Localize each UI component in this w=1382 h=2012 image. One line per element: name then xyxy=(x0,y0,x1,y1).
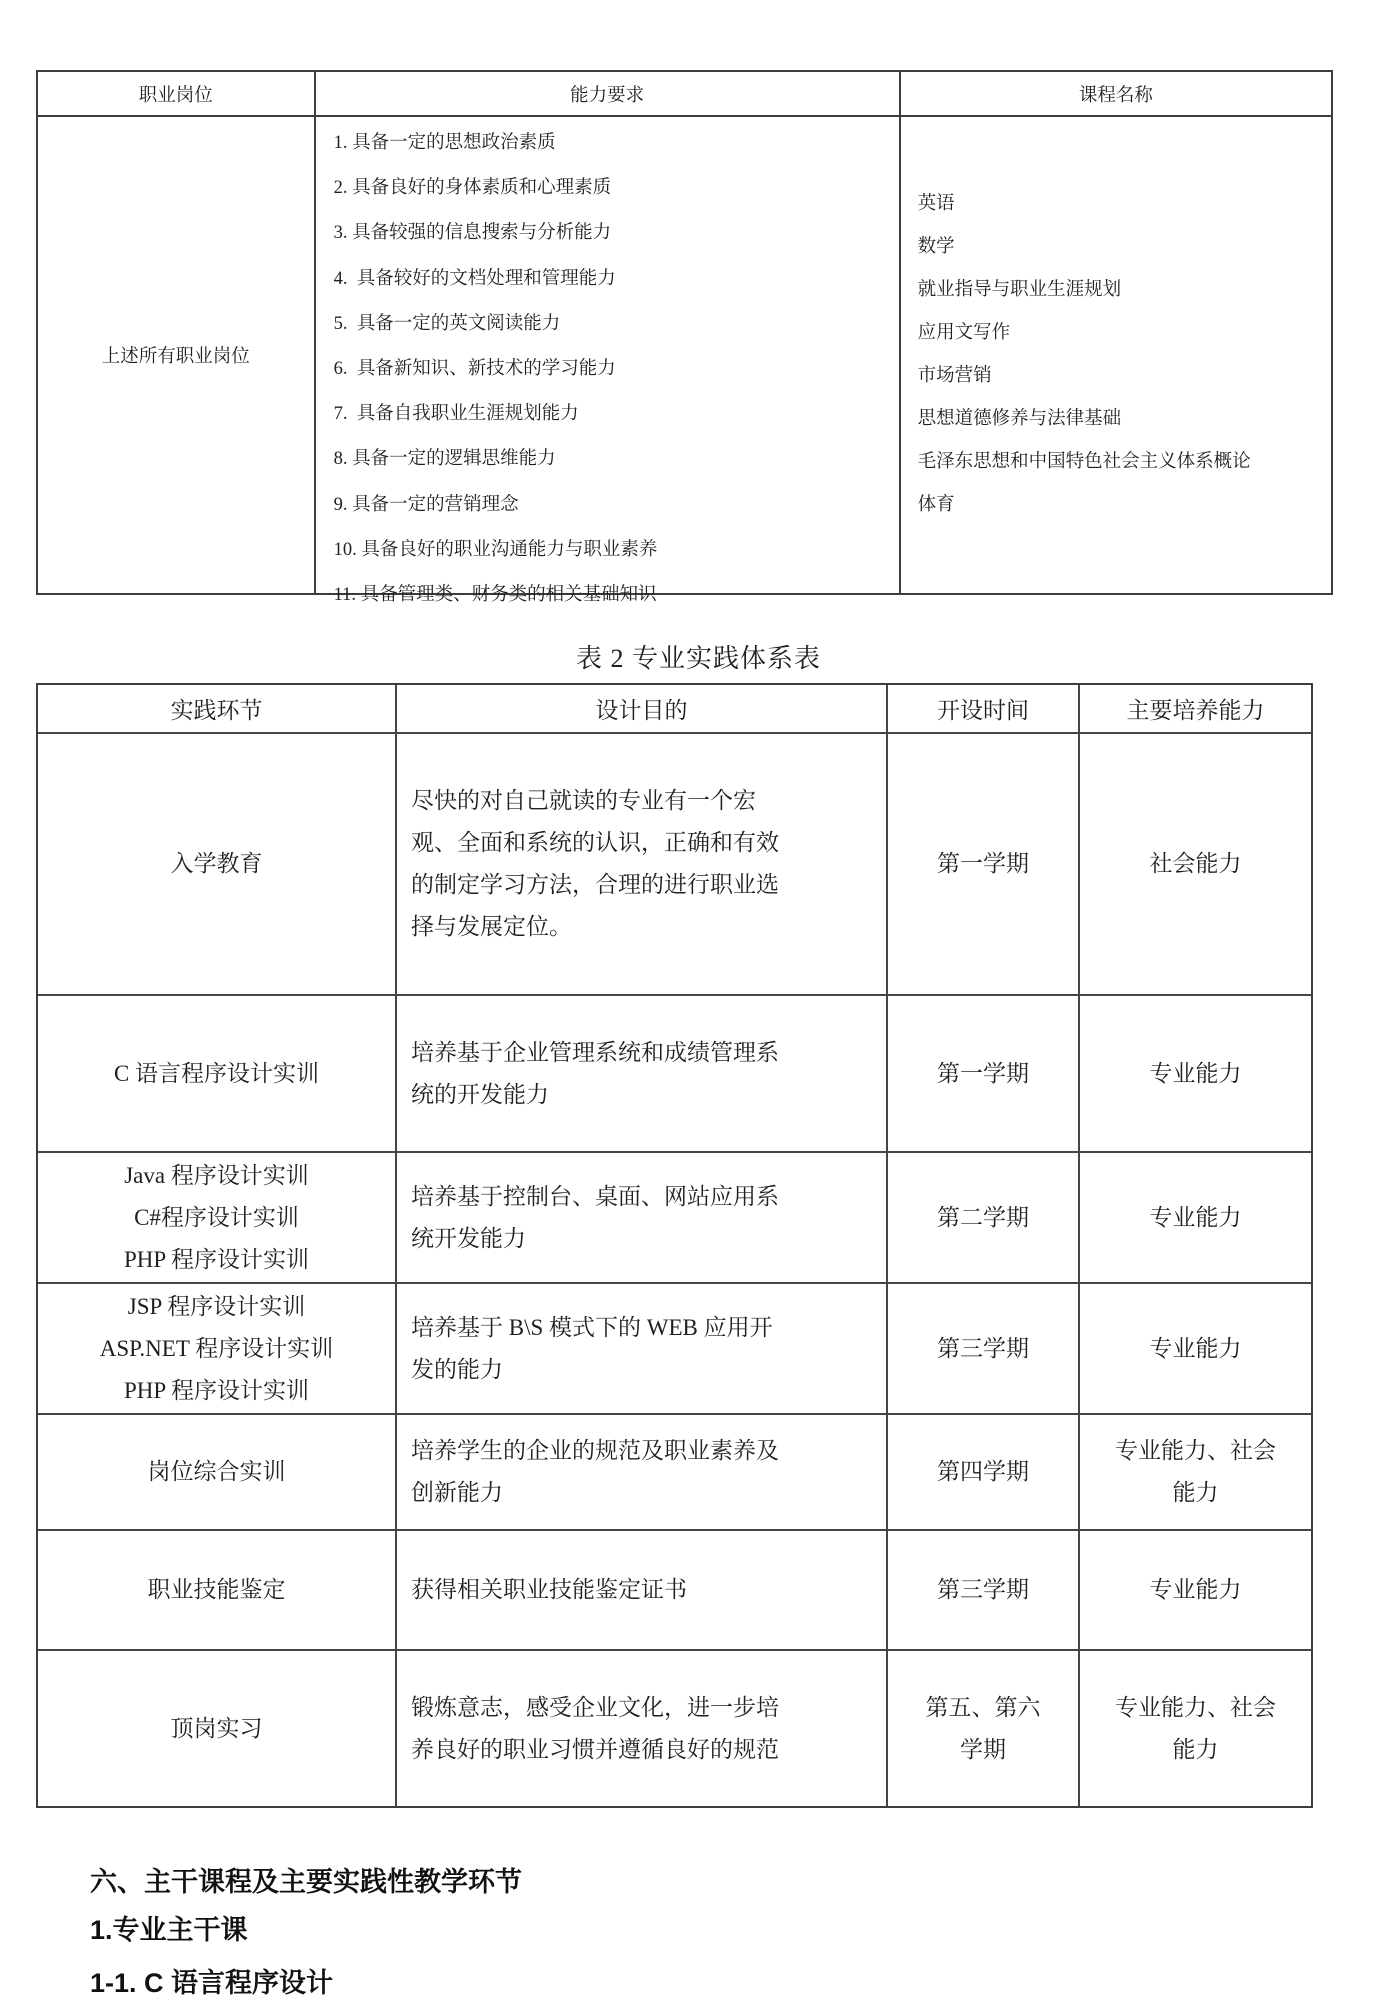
practice-step-cell: 顶岗实习 xyxy=(38,1651,395,1806)
ability-item: 2. 具备良好的身体素质和心理素质 xyxy=(334,176,893,200)
section-heading-major-courses: 1.专业主干课 xyxy=(90,1908,248,1947)
course-item: 市场营销 xyxy=(918,355,1331,398)
main-ability-line: 专业能力 xyxy=(1150,1569,1242,1611)
practice-step-cell: Java 程序设计实训 C#程序设计实训 PHP 程序设计实训 xyxy=(38,1153,395,1282)
practice-step-line: ASP.NET 程序设计实训 xyxy=(100,1328,333,1370)
practice-step-line: 入学教育 xyxy=(171,843,263,885)
open-time-cell: 第三学期 xyxy=(886,1531,1078,1649)
course-item: 应用文写作 xyxy=(918,312,1331,355)
main-ability-line: 社会能力 xyxy=(1150,843,1242,885)
table1-header-job-position: 职业岗位 xyxy=(38,72,314,115)
course-item: 思想道德修养与法律基础 xyxy=(918,398,1331,441)
open-time-line: 第三学期 xyxy=(937,1328,1029,1370)
table1-header-course-name: 课程名称 xyxy=(899,72,1331,115)
main-ability-line: 专业能力 xyxy=(1150,1328,1242,1370)
practice-step-cell: 职业技能鉴定 xyxy=(38,1531,395,1649)
course-item: 就业指导与职业生涯规划 xyxy=(918,269,1331,312)
open-time-cell: 第五、第六 学期 xyxy=(886,1651,1078,1806)
job-position-cell: 上述所有职业岗位 xyxy=(38,117,314,593)
open-time-line: 第四学期 xyxy=(937,1451,1029,1493)
main-ability-line: 专业能力 xyxy=(1150,1197,1242,1239)
ability-item: 5. 具备一定的英文阅读能力 xyxy=(334,312,893,336)
open-time-cell: 第一学期 xyxy=(886,996,1078,1151)
course-item: 英语 xyxy=(918,183,1331,226)
table2-header-open-time: 开设时间 xyxy=(886,685,1078,732)
table-row: 入学教育 尽快的对自己就读的专业有一个宏观、全面和系统的认识，正确和有效的制定学… xyxy=(38,732,1311,994)
open-time-line: 第三学期 xyxy=(937,1569,1029,1611)
design-purpose-text: 培养基于控制台、桌面、网站应用系统开发能力 xyxy=(411,1176,791,1260)
open-time-line: 学期 xyxy=(926,1729,1041,1771)
table-row: 顶岗实习 锻炼意志，感受企业文化，进一步培养良好的职业习惯并遵循良好的规范 第五… xyxy=(38,1649,1311,1806)
design-purpose-cell: 获得相关职业技能鉴定证书 xyxy=(395,1531,886,1649)
main-ability-cell: 社会能力 xyxy=(1078,734,1311,994)
design-purpose-cell: 培养学生的企业的规范及职业素养及创新能力 xyxy=(395,1415,886,1529)
main-ability-cell: 专业能力 xyxy=(1078,1153,1311,1282)
practice-step-line: 岗位综合实训 xyxy=(148,1451,286,1493)
table1-job-ability-course: 职业岗位 能力要求 课程名称 上述所有职业岗位 1. 具备一定的思想政治素质 2… xyxy=(36,70,1333,595)
open-time-cell: 第三学期 xyxy=(886,1284,1078,1413)
design-purpose-cell: 培养基于企业管理系统和成绩管理系统的开发能力 xyxy=(395,996,886,1151)
table2-title: 表 2 专业实践体系表 xyxy=(60,638,1337,675)
course-list: 英语 数学 就业指导与职业生涯规划 应用文写作 市场营销 思想道德修养与法律基础… xyxy=(901,117,1331,593)
practice-step-cell: C 语言程序设计实训 xyxy=(38,996,395,1151)
open-time-line: 第二学期 xyxy=(937,1197,1029,1239)
practice-step-cell: 入学教育 xyxy=(38,734,395,994)
table2-header-practice-step: 实践环节 xyxy=(38,685,395,732)
ability-item: 4. 具备较好的文档处理和管理能力 xyxy=(334,267,893,291)
design-purpose-text: 培养基于 B\S 模式下的 WEB 应用开发的能力 xyxy=(411,1307,791,1391)
design-purpose-cell: 尽快的对自己就读的专业有一个宏观、全面和系统的认识，正确和有效的制定学习方法，合… xyxy=(395,734,886,994)
design-purpose-text: 尽快的对自己就读的专业有一个宏观、全面和系统的认识，正确和有效的制定学习方法，合… xyxy=(411,780,791,948)
table1-header-ability-requirement: 能力要求 xyxy=(314,72,899,115)
main-ability-line: 能力 xyxy=(1115,1472,1276,1514)
design-purpose-text: 锻炼意志，感受企业文化，进一步培养良好的职业习惯并遵循良好的规范 xyxy=(411,1687,791,1771)
table2-header-row: 实践环节 设计目的 开设时间 主要培养能力 xyxy=(38,685,1311,732)
section-heading-main-courses: 六、主干课程及主要实践性教学环节 xyxy=(90,1860,522,1899)
table2-practice-system: 实践环节 设计目的 开设时间 主要培养能力 入学教育 尽快的对自己就读的专业有一… xyxy=(36,683,1313,1808)
ability-item: 7. 具备自我职业生涯规划能力 xyxy=(334,402,893,426)
open-time-line: 第一学期 xyxy=(937,1053,1029,1095)
table2-header-design-purpose: 设计目的 xyxy=(395,685,886,732)
main-ability-cell: 专业能力 xyxy=(1078,996,1311,1151)
design-purpose-text: 获得相关职业技能鉴定证书 xyxy=(411,1569,791,1611)
practice-step-line: C 语言程序设计实训 xyxy=(114,1053,319,1095)
main-ability-cell: 专业能力、社会 能力 xyxy=(1078,1651,1311,1806)
design-purpose-cell: 培养基于 B\S 模式下的 WEB 应用开发的能力 xyxy=(395,1284,886,1413)
practice-step-line: JSP 程序设计实训 xyxy=(100,1286,333,1328)
table-row: JSP 程序设计实训 ASP.NET 程序设计实训 PHP 程序设计实训 培养基… xyxy=(38,1282,1311,1413)
ability-item: 9. 具备一定的营销理念 xyxy=(334,493,893,517)
ability-item: 8. 具备一定的逻辑思维能力 xyxy=(334,447,893,471)
open-time-cell: 第一学期 xyxy=(886,734,1078,994)
practice-step-cell: 岗位综合实训 xyxy=(38,1415,395,1529)
design-purpose-cell: 培养基于控制台、桌面、网站应用系统开发能力 xyxy=(395,1153,886,1282)
table-row: 岗位综合实训 培养学生的企业的规范及职业素养及创新能力 第四学期 专业能力、社会… xyxy=(38,1413,1311,1529)
practice-step-line: PHP 程序设计实训 xyxy=(124,1239,309,1281)
main-ability-cell: 专业能力 xyxy=(1078,1284,1311,1413)
main-ability-line: 专业能力、社会 xyxy=(1115,1687,1276,1729)
main-ability-line: 专业能力 xyxy=(1150,1053,1242,1095)
course-item: 毛泽东思想和中国特色社会主义体系概论 xyxy=(918,441,1331,484)
main-ability-cell: 专业能力、社会 能力 xyxy=(1078,1415,1311,1529)
design-purpose-text: 培养基于企业管理系统和成绩管理系统的开发能力 xyxy=(411,1032,791,1116)
design-purpose-text: 培养学生的企业的规范及职业素养及创新能力 xyxy=(411,1430,791,1514)
section-heading-c-language: 1-1. C 语言程序设计 xyxy=(90,1961,333,2000)
ability-item: 10. 具备良好的职业沟通能力与职业素养 xyxy=(334,538,893,562)
practice-step-line: 职业技能鉴定 xyxy=(148,1569,286,1611)
practice-step-line: PHP 程序设计实训 xyxy=(100,1370,333,1412)
table-row: Java 程序设计实训 C#程序设计实训 PHP 程序设计实训 培养基于控制台、… xyxy=(38,1151,1311,1282)
open-time-line: 第五、第六 xyxy=(926,1687,1041,1729)
main-ability-line: 能力 xyxy=(1115,1729,1276,1771)
ability-list-cell: 1. 具备一定的思想政治素质 2. 具备良好的身体素质和心理素质 3. 具备较强… xyxy=(314,117,899,593)
course-item: 数学 xyxy=(918,226,1331,269)
practice-step-cell: JSP 程序设计实训 ASP.NET 程序设计实训 PHP 程序设计实训 xyxy=(38,1284,395,1413)
main-ability-line: 专业能力、社会 xyxy=(1115,1430,1276,1472)
ability-item: 1. 具备一定的思想政治素质 xyxy=(334,131,893,155)
main-ability-cell: 专业能力 xyxy=(1078,1531,1311,1649)
ability-list: 1. 具备一定的思想政治素质 2. 具备良好的身体素质和心理素质 3. 具备较强… xyxy=(316,117,899,621)
table1-header-row: 职业岗位 能力要求 课程名称 xyxy=(38,72,1331,117)
open-time-line: 第一学期 xyxy=(937,843,1029,885)
design-purpose-cell: 锻炼意志，感受企业文化，进一步培养良好的职业习惯并遵循良好的规范 xyxy=(395,1651,886,1806)
table-row: C 语言程序设计实训 培养基于企业管理系统和成绩管理系统的开发能力 第一学期 专… xyxy=(38,994,1311,1151)
ability-item: 11. 具备管理类、财务类的相关基础知识 xyxy=(334,583,893,607)
table-row: 职业技能鉴定 获得相关职业技能鉴定证书 第三学期 专业能力 xyxy=(38,1529,1311,1649)
course-list-cell: 英语 数学 就业指导与职业生涯规划 应用文写作 市场营销 思想道德修养与法律基础… xyxy=(899,117,1331,593)
ability-item: 3. 具备较强的信息搜索与分析能力 xyxy=(334,221,893,245)
document-page: 职业岗位 能力要求 课程名称 上述所有职业岗位 1. 具备一定的思想政治素质 2… xyxy=(0,0,1382,2012)
table2-header-main-ability: 主要培养能力 xyxy=(1078,685,1311,732)
ability-item: 6. 具备新知识、新技术的学习能力 xyxy=(334,357,893,381)
open-time-cell: 第四学期 xyxy=(886,1415,1078,1529)
practice-step-line: Java 程序设计实训 xyxy=(124,1155,309,1197)
practice-step-line: C#程序设计实训 xyxy=(124,1197,309,1239)
table1-body-row: 上述所有职业岗位 1. 具备一定的思想政治素质 2. 具备良好的身体素质和心理素… xyxy=(38,117,1331,593)
course-item: 体育 xyxy=(918,484,1331,527)
open-time-cell: 第二学期 xyxy=(886,1153,1078,1282)
practice-step-line: 顶岗实习 xyxy=(171,1708,263,1750)
